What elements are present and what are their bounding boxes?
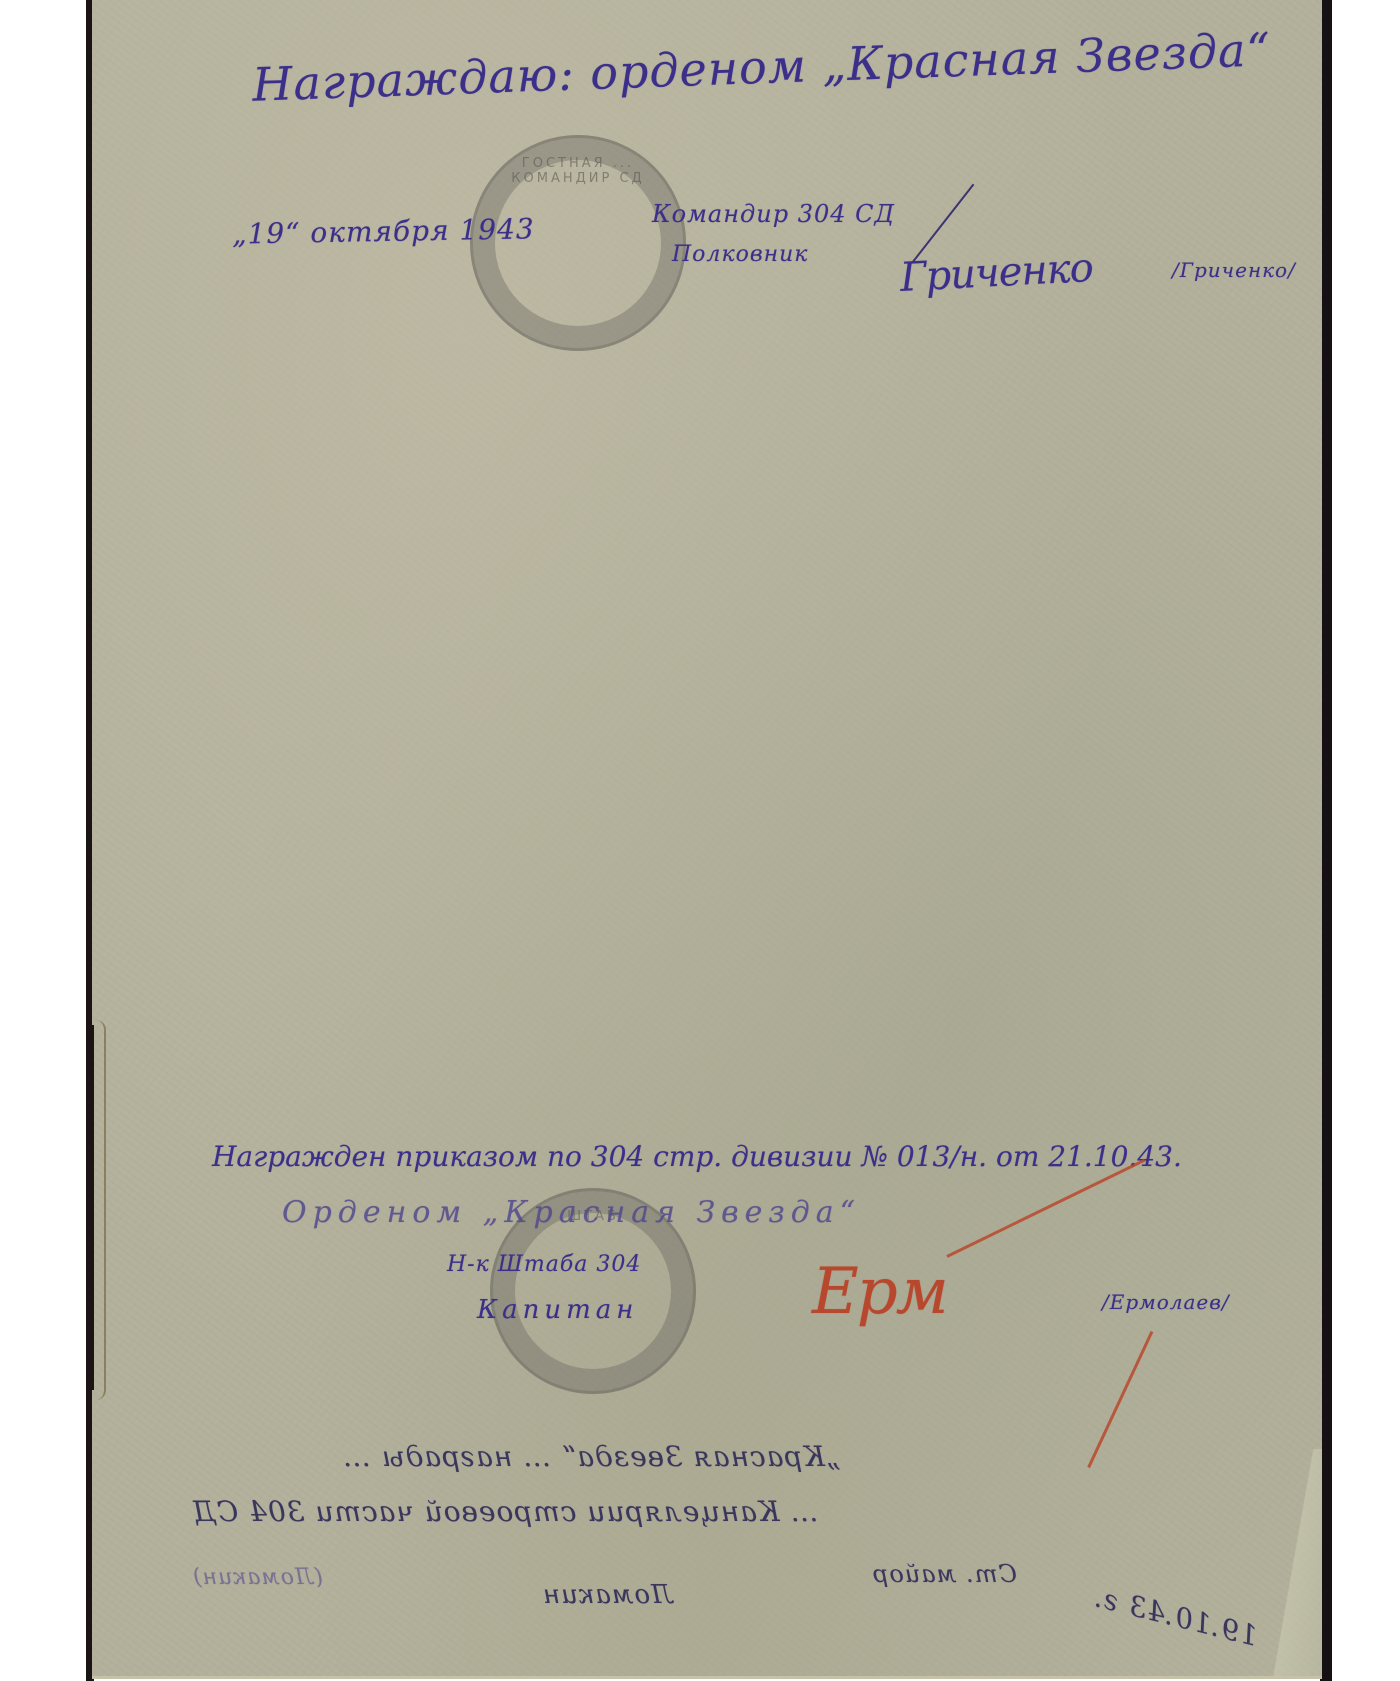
chief-of-staff-rank: Капитан (477, 1295, 638, 1325)
paper-edge (92, 1676, 1322, 1679)
binding-strip (92, 1025, 94, 1390)
bleed-through-rank: Ст. майор (872, 1560, 1017, 1588)
document-page: ГОСТНАЯ ... КОМАНДИР СД Награждаю: орден… (92, 0, 1322, 1679)
bleed-through-signature: Ломакин (542, 1580, 673, 1610)
bleed-through-name: (Ломакин) (192, 1565, 323, 1590)
award-line: Награждаю: орденом „Красная Звезда“ (251, 22, 1271, 112)
chief-of-staff-title: Н-к Штаба 304 (447, 1252, 641, 1277)
bleed-through-date: 19.10.43 г. (1090, 1580, 1261, 1653)
award-date: „19“ октября 1943 (232, 212, 535, 250)
stamp-text: ГОСТНАЯ ... КОМАНДИР СД (473, 156, 683, 186)
chief-of-staff-name: /Ермолаев/ (1102, 1290, 1230, 1314)
corner-fold (1252, 1449, 1322, 1679)
red-signature-descender (1087, 1331, 1153, 1468)
bleed-through-line-2: … Канцелярии строевой части 304 СД (192, 1495, 819, 1528)
red-signature: Ерм (812, 1255, 947, 1329)
commander-name: /Гриченко/ (1172, 258, 1296, 282)
signer-title-commander: Командир 304 СД (652, 200, 895, 228)
signer-title-rank: Полковник (672, 242, 808, 267)
order-award-line: Орденом „Красная Звезда“ (282, 1195, 861, 1230)
bleed-through-line-1: „Красная Звезда“ … награды … (342, 1440, 841, 1473)
commander-signature: Гриченко (899, 245, 1094, 301)
binding-crease (96, 1020, 106, 1400)
order-line: Награжден приказом по 304 стр. дивизии №… (212, 1140, 1182, 1173)
red-signature-tail (946, 1159, 1145, 1258)
